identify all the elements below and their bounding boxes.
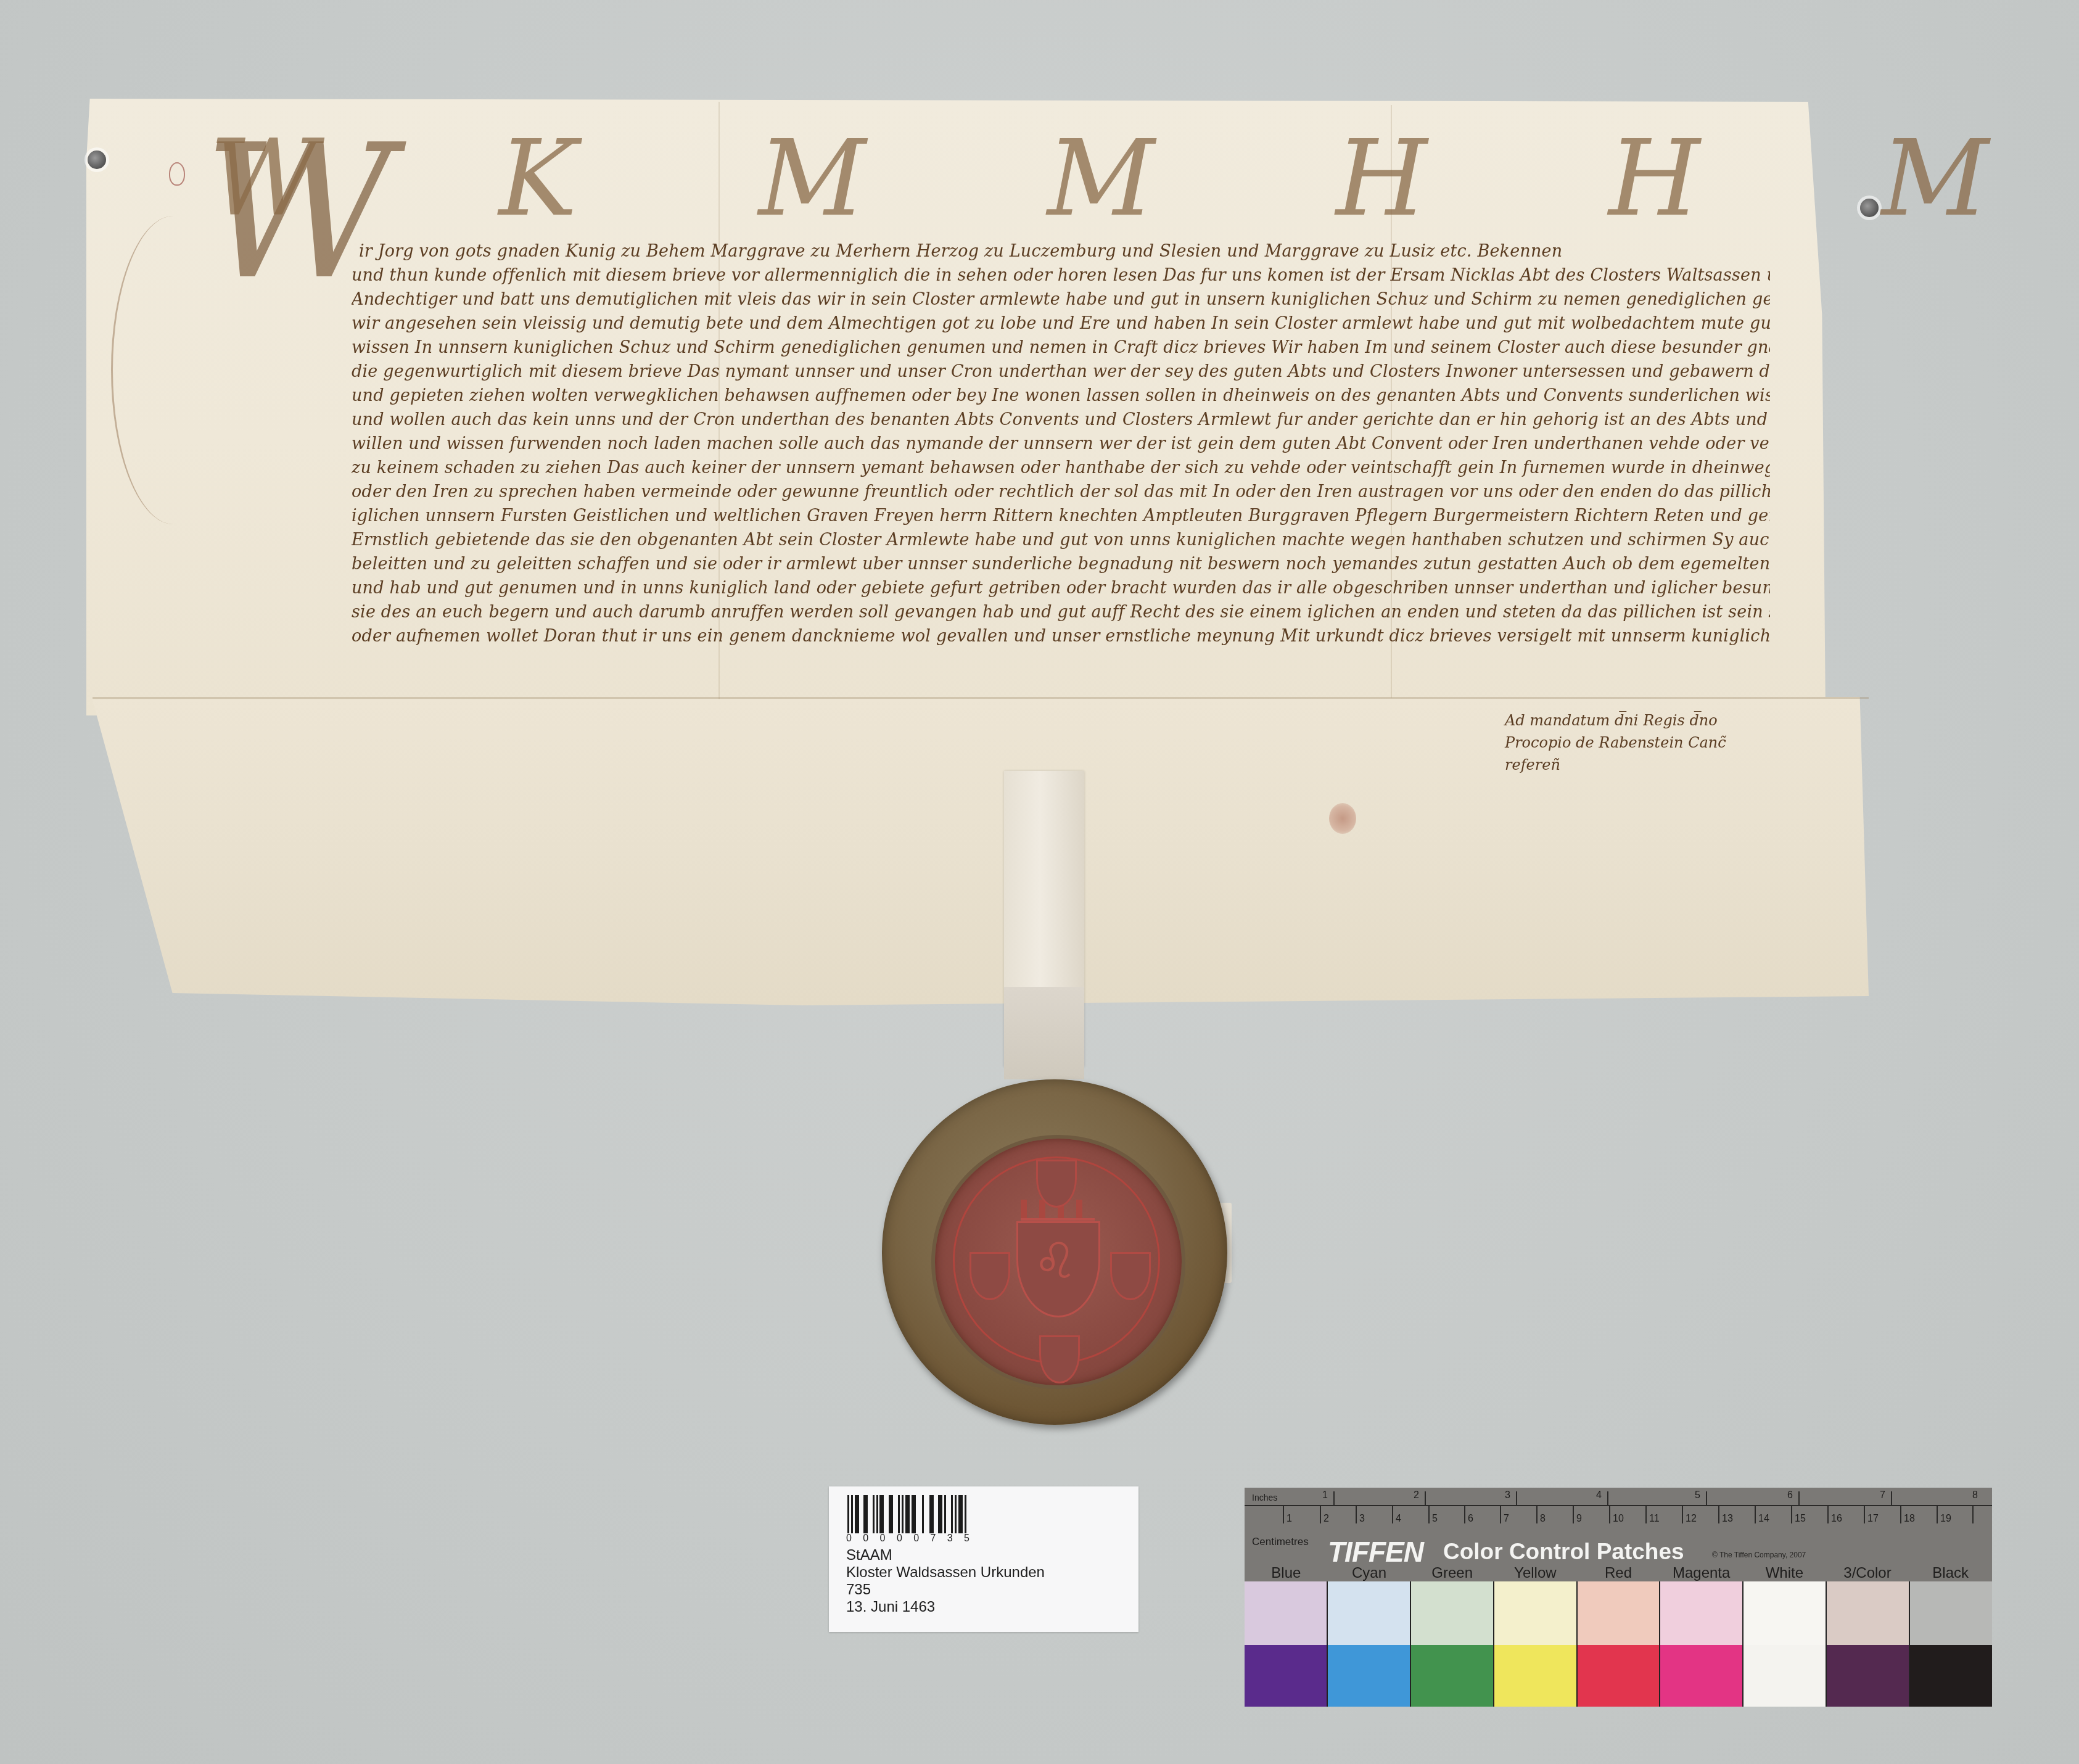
patch-label-blue: Blue bbox=[1245, 1565, 1328, 1582]
patch-light-red bbox=[1576, 1581, 1660, 1645]
document-number: 735 bbox=[846, 1581, 1045, 1599]
patch-light-magenta bbox=[1659, 1581, 1742, 1645]
color-control-chart: Inches 1 2 3 4 5 6 7 8 1 2 3 4 5 6 7 8 9… bbox=[1245, 1488, 1992, 1710]
text-line: wir angesehen sein vleissig und demutig … bbox=[352, 311, 1770, 336]
patch-light-green bbox=[1410, 1581, 1493, 1645]
light-patch-row bbox=[1245, 1581, 1992, 1645]
text-line: sie des an euch begern und auch darumb a… bbox=[352, 600, 1770, 624]
patch-dark-magenta bbox=[1659, 1645, 1742, 1707]
patch-dark-yellow bbox=[1493, 1645, 1576, 1707]
chancery-note: Ad mandatum d̅ni Regis d̅no Procopio de … bbox=[1505, 709, 1764, 776]
patch-label-yellow: Yellow bbox=[1494, 1565, 1577, 1582]
charter-text: ir Jorg von gots gnaden Kunig zu Behem M… bbox=[352, 239, 1770, 648]
decorated-initials: W K M M H H M A bbox=[210, 123, 1813, 234]
text-line: oder aufnemen wollet Doran thut ir uns e… bbox=[352, 624, 1770, 648]
barcode-icon bbox=[847, 1495, 966, 1533]
text-line: willen und wissen furwenden noch laden m… bbox=[352, 432, 1770, 456]
ruler-header: Inches 1 2 3 4 5 6 7 8 1 2 3 4 5 6 7 8 9… bbox=[1245, 1488, 1992, 1581]
patch-label-black: Black bbox=[1909, 1565, 1992, 1582]
patch-label-cyan: Cyan bbox=[1328, 1565, 1411, 1582]
text-line: iglichen unnsern Fursten Geistlichen und… bbox=[352, 504, 1770, 528]
text-line: die gegenwurtiglich mit diesem brieve Da… bbox=[352, 360, 1770, 384]
pencil-mark bbox=[169, 162, 185, 186]
patch-light-3color bbox=[1826, 1581, 1909, 1645]
collection-name: Kloster Waldsassen Urkunden bbox=[846, 1564, 1045, 1581]
wax-stain bbox=[1329, 803, 1356, 834]
copyright-text: © The Tiffen Company, 2007 bbox=[1712, 1551, 1806, 1559]
patch-label-red: Red bbox=[1577, 1565, 1660, 1582]
chancery-line: Procopio de Rabenstein Canc̃ refereñ bbox=[1505, 732, 1764, 776]
barcode-number: 00 00 07 35 bbox=[846, 1533, 970, 1544]
text-line: ir Jorg von gots gnaden Kunig zu Behem M… bbox=[359, 239, 1770, 263]
inches-label: Inches bbox=[1252, 1493, 1277, 1502]
dark-patch-row bbox=[1245, 1645, 1992, 1707]
patch-dark-cyan bbox=[1327, 1645, 1410, 1707]
patch-light-cyan bbox=[1327, 1581, 1410, 1645]
patch-label-white: White bbox=[1743, 1565, 1826, 1582]
text-line: wissen In unnsern kuniglichen Schuz und … bbox=[352, 336, 1770, 360]
patch-light-yellow bbox=[1493, 1581, 1576, 1645]
document-date: 13. Juni 1463 bbox=[846, 1599, 1045, 1616]
patch-dark-green bbox=[1410, 1645, 1493, 1707]
text-line: und gepieten ziehen wolten verwegklichen… bbox=[352, 384, 1770, 408]
text-line: oder den Iren zu sprechen haben vermeind… bbox=[352, 480, 1770, 504]
magnet-icon bbox=[88, 150, 106, 169]
centimetres-label: Centimetres bbox=[1252, 1536, 1309, 1548]
text-line: und thun kunde offenlich mit diesem brie… bbox=[352, 263, 1770, 287]
lion-icon: ♌ bbox=[1033, 1237, 1077, 1286]
patch-dark-red bbox=[1576, 1645, 1660, 1707]
patch-label-3color: 3/Color bbox=[1826, 1565, 1909, 1582]
archive-name: StAAM bbox=[846, 1547, 1045, 1564]
patch-labels: Blue Cyan Green Yellow Red Magenta White… bbox=[1245, 1565, 1992, 1582]
patch-light-white bbox=[1742, 1581, 1826, 1645]
chancery-line: Ad mandatum d̅ni Regis d̅no bbox=[1505, 709, 1764, 732]
patch-light-blue bbox=[1245, 1581, 1327, 1645]
patch-dark-blue bbox=[1245, 1645, 1327, 1707]
archive-label: 00 00 07 35 StAAM Kloster Waldsassen Urk… bbox=[829, 1486, 1138, 1632]
text-line: Ernstlich gebietende das sie den obgenan… bbox=[352, 528, 1770, 552]
patch-light-black bbox=[1909, 1581, 1992, 1645]
patch-label-magenta: Magenta bbox=[1660, 1565, 1743, 1582]
chart-title: Color Control Patches bbox=[1443, 1539, 1684, 1565]
tiffen-logo: TIFFEN bbox=[1328, 1535, 1423, 1568]
text-line: und hab und gut genumen und in unns kuni… bbox=[352, 576, 1770, 600]
patch-dark-black bbox=[1909, 1645, 1992, 1707]
parchment-tag-lower bbox=[1004, 987, 1084, 1079]
patch-dark-3color bbox=[1826, 1645, 1909, 1707]
text-line: Andechtiger und batt uns demutiglichen m… bbox=[352, 287, 1770, 311]
patch-label-green: Green bbox=[1410, 1565, 1494, 1582]
text-line: beleitten und zu geleitten schaffen und … bbox=[352, 552, 1770, 576]
text-line: und wollen auch das kein unns und der Cr… bbox=[352, 408, 1770, 432]
plica-crease bbox=[93, 697, 1869, 699]
patch-dark-white bbox=[1742, 1645, 1826, 1707]
text-line: zu keinem schaden zu ziehen Das auch kei… bbox=[352, 456, 1770, 480]
